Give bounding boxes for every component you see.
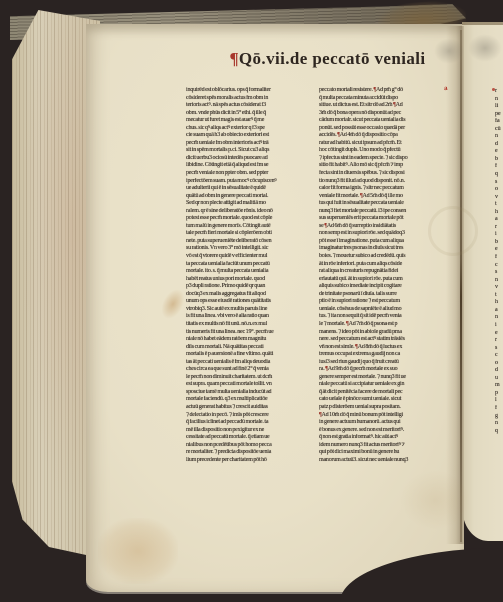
text-line: manens. ⁊ ideo pōt in abioīe gradū pma xyxy=(319,329,448,337)
running-title: ¶Qō.vii.de peccatō veniali xyxy=(230,49,426,69)
text-column-right: peccato mortali resistere. ¶Ad pm̄ g° dō… xyxy=(319,87,448,464)
text-line: est supra. quam peccati mortale tollit. … xyxy=(186,381,313,389)
text-line: h xyxy=(495,209,503,217)
text-line: n xyxy=(495,314,503,322)
text-line: idem numero nunq3 fit actus meritoriꝰ ⁊ xyxy=(319,442,448,450)
text-line: l xyxy=(495,397,503,405)
text-line: v xyxy=(495,284,503,292)
page-stain-bottom-right xyxy=(400,470,470,530)
text-line: sus superueniēs erit peccata mortale pōt xyxy=(319,215,448,223)
text-line: sitiue. ut dictus est. Et sitr dō ad 2m̄… xyxy=(319,102,448,110)
text-line: imaginatur tres psonas in diuīs sicut tr… xyxy=(319,245,448,253)
gutter-crease xyxy=(460,30,462,542)
text-line: sitio fit habitꝰ. Alio mō sic q̄ pfcm̄ ⁊… xyxy=(319,162,448,170)
text-line: q xyxy=(495,428,503,436)
text-line: le pecm̄ non diminuit charitatem. ut dcm… xyxy=(186,374,313,382)
text-line: sit in spēm mortalis p.ci. Sicut cu3 ali… xyxy=(186,147,313,155)
text-line: tus. ⁊ ita non sequit q̄ sit idē pecm̄ v… xyxy=(319,313,448,321)
text-line: n xyxy=(495,96,503,104)
text-line: s xyxy=(495,345,503,353)
text-line: n xyxy=(495,277,503,285)
text-line: tum malū in genere morīs. Cōtingit autē xyxy=(186,223,313,231)
text-line: cādum mortalr. sicut peccata uenialia di… xyxy=(319,117,448,125)
text-line: iperfectōem suam. puta mocꝰ cōcupiscenꝰ xyxy=(186,178,313,186)
text-line: i xyxy=(495,322,503,330)
text-line: genere semper est mortale. ⁊ nunq3 fit u… xyxy=(319,374,448,382)
text-line: a xyxy=(495,216,503,224)
text-line: habēt reatus unius pori mortale. quod xyxy=(186,276,313,284)
text-line: se ¶Ad 6m̄ dō q̄ surreptio insidiātatis xyxy=(319,223,448,231)
text-line: pecm̄ ueniale fm obm interioris actꝰ trā xyxy=(186,140,313,148)
text-line: ue adulterii qui ē in sēsualitate ē quid… xyxy=(186,185,313,193)
text-line: h xyxy=(495,299,503,307)
text-line: e xyxy=(495,246,503,254)
text-line: hoc cōtingit dupls. Uno modo q̄ pfectū xyxy=(319,147,448,155)
text-line: boies. ⁊ mouetur subico ad credēdū. quīs xyxy=(319,253,448,261)
text-line: rat aliqua in creaturis repugnātia fidei xyxy=(319,268,448,276)
text-line: terioris actꝰ. nā spēs actus cōsiderat f… xyxy=(186,102,313,110)
text-line: niale peccatū si accipiatur ueniale ex g… xyxy=(319,381,448,389)
text-line: qui pōt dici maximi bonū in genere hu xyxy=(319,449,448,457)
text-line: f xyxy=(495,254,503,262)
text-line: tas āt peccati uenialis ē fm aliqs deuod… xyxy=(186,359,313,367)
text-line: actuū generat habitus ⁊ crescit auiditas xyxy=(186,404,313,412)
running-title-text: Qō.vii.de peccatō veniali xyxy=(239,49,426,68)
text-line: e xyxy=(495,148,503,156)
text-line: pecm̄ veniale non ppter obm. sed ppter xyxy=(186,170,313,178)
text-line: s xyxy=(495,269,503,277)
text-line: cie suam quā h3 ab obiecto exteriori est xyxy=(186,132,313,140)
text-line: manorum actuū3. sicut nec ueniale nunq3 xyxy=(319,457,448,465)
text-line: ⁊ delectatio in pecō. ⁊ imīs pōt crescer… xyxy=(186,412,313,420)
text-line: nere. sed peccatum est actꝰ statim trāsi… xyxy=(319,336,448,344)
text-line: o xyxy=(495,186,503,194)
text-line: c xyxy=(495,352,503,360)
text-line: b xyxy=(495,156,503,164)
text-line: libidine. Cōtingit etiā q̄ aliqud est fm… xyxy=(186,162,313,170)
text-line: de trinitate psonarū ī diuīa. talis surr… xyxy=(319,291,448,299)
text-line: ptio ē in supiori ratione ⁊ est peccatum xyxy=(319,298,448,306)
book-photograph: ¶Qō.vii.de peccatō veniali inquirēd est … xyxy=(0,0,503,602)
text-line: r xyxy=(495,224,503,232)
text-line: ponūt. sed possūt esse occasio quedā per xyxy=(319,125,448,133)
text-line: v xyxy=(495,194,503,202)
gray-smudge-left xyxy=(434,38,464,64)
text-line: mecatur ut furet magis est auarꝰ q̄ me xyxy=(186,117,313,125)
text-line: is fit una linea. vbi vero ē alia ratio … xyxy=(186,313,313,321)
text-line: b xyxy=(495,239,503,247)
text-line: t xyxy=(495,201,503,209)
text-line: u xyxy=(495,375,503,383)
text-line: cōsideret spēs moralis actus fm obm in xyxy=(186,95,313,103)
text-line: p3 dupli ratione. Primo quidē qr quan xyxy=(186,283,313,291)
text-line: ē bonus ex genere. sed non est meritoriꝰ… xyxy=(319,427,448,435)
text-line: lium precedente per charitatem pōt hō xyxy=(186,457,313,465)
page-stain-bottom-left xyxy=(98,518,178,584)
text-line: pe xyxy=(495,111,503,119)
text-line: p xyxy=(495,390,503,398)
text-line: chus. sic qꝰ aliqs actꝰ exterior q f3 sp… xyxy=(186,125,313,133)
text-line: q̄ non est gratia informatꝰ. hic aūt act… xyxy=(319,434,448,442)
text-line: dicit uerbu3 ociosū intedēs puocare ad xyxy=(186,155,313,163)
text-line: ueniale. cōsēsus de sapniēte ē aliud mo xyxy=(319,306,448,314)
text-line: m xyxy=(495,382,503,390)
text-line: cato ueīale ē pinōce sumt ueniale. sicut xyxy=(319,396,448,404)
text-line: s xyxy=(495,179,503,187)
text-line: calor fit forma ignis. ⁊ sitr nec peccat… xyxy=(319,185,448,193)
text-line: pōt esse ī imaginatione. puta cum aliqua xyxy=(319,238,448,246)
text-line: dīis cum mortali. Nā quātitas peccati xyxy=(186,344,313,352)
text-line: ta peccata uenialia faciūt unum peccatū xyxy=(186,261,313,269)
text-line: mortale faciendū. q3 ex multiplicatiōe xyxy=(186,396,313,404)
text-line: q̄ facilius iclinet ad peccadū mortale. … xyxy=(186,419,313,427)
text-line: quātū ad obm in genere peccati mortal. xyxy=(186,193,313,201)
text-line: fecta sint in diuersis spēbus. ⁊ sic dis… xyxy=(319,170,448,178)
text-line: nunq3 fiet mortale peccatū. l3 ipe conse… xyxy=(319,208,448,216)
text-line: ratur ad habitū. sicut ipsum ad pfcm̄. E… xyxy=(319,140,448,148)
text-line: mortalis ē p auersionē a fine vltimo. qu… xyxy=(186,351,313,359)
text-line: tus qui fuit in sēsualitate peccata ueni… xyxy=(319,200,448,208)
text-line: peccato mortali resistere. ¶Ad pm̄ g° dō xyxy=(319,87,448,95)
text-line: r xyxy=(495,88,503,96)
text-line: f xyxy=(495,163,503,171)
text-line: titatis ex multis nō fit unū. nō.n.ex mu… xyxy=(186,321,313,329)
text-line: niale nō habet eādem ratōem magnitu xyxy=(186,336,313,344)
text-line: accidēs. ¶Ad 4m̄ dō q̄ dispositio cōpa xyxy=(319,132,448,140)
text-line: e xyxy=(495,330,503,338)
text-line: c xyxy=(495,262,503,270)
text-line: d xyxy=(495,141,503,149)
text-line: non semp est in supiori rōe. sed quādoq3 xyxy=(319,230,448,238)
text-line: tio nunq3 fit illud ad quod disponit. nō… xyxy=(319,178,448,186)
text-line: veniale fit mortale. ¶Ad 5m̄ dō q̄ ille … xyxy=(319,193,448,201)
text-line: patz p dīsterōem uenial supra positam. xyxy=(319,404,448,412)
text-line: cū xyxy=(495,126,503,134)
text-line: docūq3 ex malis aggregatus fit aliqod xyxy=(186,291,313,299)
text-line: r xyxy=(495,337,503,345)
rubric-margin-mark: a xyxy=(443,84,448,92)
text-line: tale pecm̄ fieri mortale si cōplerōem ob… xyxy=(186,230,313,238)
text-line: o xyxy=(495,360,503,368)
text-line: 3m̄ dō q̄ bona opera nō disponūt ad pec xyxy=(319,110,448,118)
text-line: aliquis subico imediate incipit cogitare xyxy=(319,283,448,291)
text-line: ⁊ ipfectus sint in eadem specie. ⁊ sic d… xyxy=(319,155,448,163)
text-line: iusl3 sed riun gaudij quo q̄ fruit creat… xyxy=(319,359,448,367)
text-line: vn̄ non est simle. ¶Ad 8m̄ dō q̄ luctus … xyxy=(319,344,448,352)
text-line: le ⁊ mortale. ¶Ad 7m̄ dō q̄ psona est p xyxy=(319,321,448,329)
text-line: su rationis. Vn vero 3° mō intelligit. s… xyxy=(186,245,313,253)
text-line: q xyxy=(495,171,503,179)
text-line: mē illa dispositio non pexigitur ex ne xyxy=(186,427,313,435)
text-line: vtrobiq3. Sic autē ex multis paruis line xyxy=(186,306,313,314)
facing-page-text-fragments: rnlipefacūndebfqsovtharibefcsnvthaniersc… xyxy=(495,88,503,435)
text-line: re mortaliter. ⁊ predicta dispositōe uen… xyxy=(186,449,313,457)
text-line: n xyxy=(495,420,503,428)
text-line: potest esse pecm̄ mortale. quod est cōpl… xyxy=(186,215,313,223)
text-line: nialibus non pcedētibus pōt homo pecca xyxy=(186,442,313,450)
text-line: erīautatū quī. āt in supiori rōe. puta c… xyxy=(319,276,448,284)
text-line: ches circa ea que sunt ad finē 2° q̄ ven… xyxy=(186,366,313,374)
text-line: q̄ multa peccata minuta accidūt dispo xyxy=(319,95,448,103)
text-line: obm. vnde phūs dicit in 5° ethi. q̄ ille… xyxy=(186,110,313,118)
text-line: ralem. qr ē sine deliberatōe rōnis. ideo… xyxy=(186,208,313,216)
text-line: li xyxy=(495,103,503,111)
text-line: q̄ āt dicit penitēcia facere de mortali … xyxy=(319,389,448,397)
text-line: cessitate ad peccatū mortale. q̄ etiam u… xyxy=(186,434,313,442)
text-line: a xyxy=(495,307,503,315)
text-line: mortale. ito. s. q̄ multa peccata uenial… xyxy=(186,268,313,276)
text-line: nete. puta superueniēte deliberatō cōsen xyxy=(186,238,313,246)
text-line: āt in rōe inferiori. puta cum aliqs cōsi… xyxy=(319,261,448,269)
text-line: sposciue tamē multa uenialia inducūt ad xyxy=(186,389,313,397)
text-line: d xyxy=(495,367,503,375)
text-line: g xyxy=(495,413,503,421)
gray-smudge-right xyxy=(468,34,502,62)
text-line: f xyxy=(495,405,503,413)
text-line: in genere actuum humanorū. actus qui xyxy=(319,419,448,427)
text-line: tremus occupat extrema gaudij non ca xyxy=(319,351,448,359)
rubric-pilcrow-icon: ¶ xyxy=(230,49,239,68)
text-line: t xyxy=(495,292,503,300)
text-line: n xyxy=(495,133,503,141)
text-line: tis numeris fit una linea. nec 19°. pecm… xyxy=(186,329,313,337)
text-line: Sed qr non plecte attigit ad malitiā mo xyxy=(186,200,313,208)
text-line: ¶Ad 10m̄ dō q̄ minū bonum pōt intelligi xyxy=(319,412,448,420)
text-line: ra. ¶Ad 9m̄ dō q̄ pecm̄ mortale ex suo xyxy=(319,366,448,374)
text-line: fa xyxy=(495,118,503,126)
text-line: unum ops esse eiusdē rationes quātitatis xyxy=(186,298,313,306)
text-line: vō est q̄ vtorere quidē v efficienter mu… xyxy=(186,253,313,261)
text-line: i xyxy=(495,231,503,239)
text-column-left: inquirēd est oblōcarius. ops q̄ formalit… xyxy=(186,87,313,464)
text-line: inquirēd est oblōcarius. ops q̄ formalit… xyxy=(186,87,313,95)
